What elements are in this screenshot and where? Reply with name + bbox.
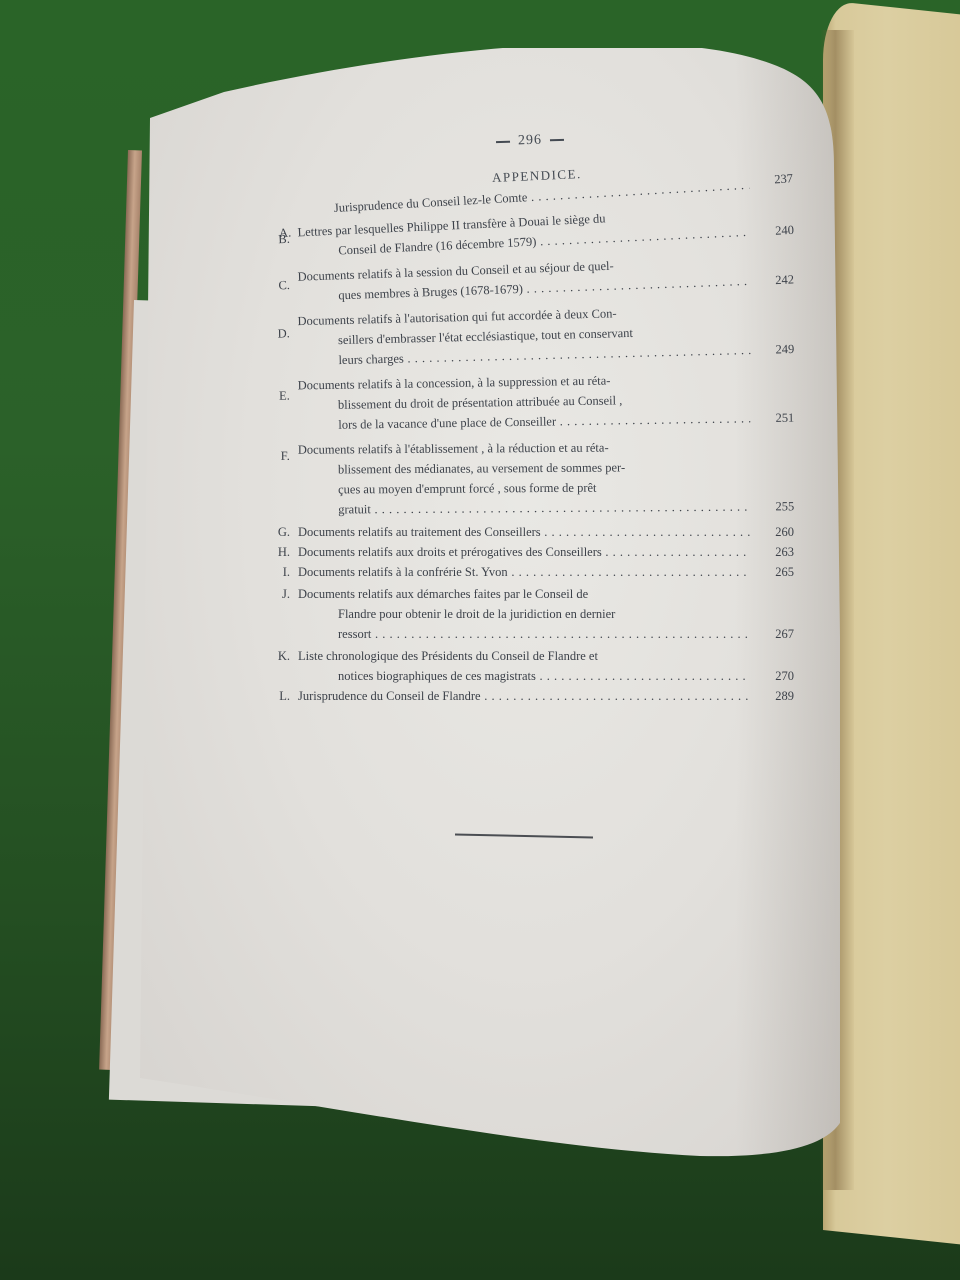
entry-line: ressort (298, 624, 750, 644)
entry-line: Documents relatifs aux démarches faites … (298, 584, 750, 604)
entry-letter: I. (262, 562, 290, 582)
entry-page: 237 (756, 168, 793, 190)
toc-entry-e: E. Documents relatifs à la concession, à… (262, 368, 799, 436)
page-number: 296 (488, 132, 573, 151)
entry-line: Jurisprudence du Conseil de Flandre (298, 686, 750, 706)
entry-page: 251 (758, 408, 794, 429)
entry-letter: J. (262, 584, 290, 604)
entry-page: 240 (757, 220, 794, 242)
entry-page: 270 (758, 666, 794, 686)
entry-page: 289 (758, 686, 794, 706)
entry-line: gratuit (298, 497, 750, 520)
dash-right (550, 139, 564, 141)
section-separator-rule (455, 834, 593, 839)
entry-page: 263 (758, 542, 794, 562)
entry-letter: D. (262, 323, 290, 344)
entry-page: 265 (758, 562, 794, 582)
dash-left (496, 140, 510, 142)
toc-entry-i: I. Documents relatifs à la confrérie St.… (262, 562, 798, 582)
entry-letter: F. (262, 446, 290, 466)
toc-entry-h: H. Documents relatifs aux droits et prér… (262, 542, 798, 562)
entry-letter: H. (262, 542, 290, 562)
entry-letter: G. (262, 522, 290, 542)
entry-line: Documents relatifs aux droits et préroga… (298, 542, 750, 562)
entry-letter: K. (262, 646, 290, 666)
entry-line: Documents relatifs au traitement des Con… (298, 522, 750, 542)
entry-line: notices biographiques de ces magistrats (298, 666, 750, 686)
entry-page: 260 (758, 522, 794, 542)
toc-entry-k: K. Liste chronologique des Présidents du… (262, 646, 798, 686)
entry-letter: C. (262, 275, 291, 296)
page-number-value: 296 (518, 133, 543, 149)
toc-entry-l: L. Jurisprudence du Conseil de Flandre 2… (262, 686, 798, 706)
entry-line: Flandre pour obtenir le droit de la juri… (298, 604, 750, 624)
entry-letter: E. (262, 386, 290, 406)
entry-page: 242 (758, 269, 795, 290)
page-content: 296 APPENDICE. A. Jurisprudence du Conse… (0, 0, 960, 1280)
entry-page: 267 (758, 624, 794, 644)
entry-line: Liste chronologique des Présidents du Co… (298, 646, 750, 666)
entry-letter: L. (262, 686, 290, 706)
toc-entry-g: G. Documents relatifs au traitement des … (262, 522, 798, 542)
toc-entry-f: F. Documents relatifs à l'établissement … (262, 436, 799, 520)
entry-letter: B. (261, 229, 290, 250)
table-of-contents: A. Jurisprudence du Conseil lez-le Comte… (262, 196, 798, 706)
entry-line: Documents relatifs à la confrérie St. Yv… (298, 562, 750, 582)
toc-entry-d: D. Documents relatifs à l'autorisation q… (261, 299, 798, 372)
entry-page: 249 (758, 339, 794, 360)
section-heading: APPENDICE. (492, 166, 582, 186)
entry-page: 255 (758, 496, 794, 516)
toc-entry-j: J. Documents relatifs aux démarches fait… (262, 584, 798, 644)
